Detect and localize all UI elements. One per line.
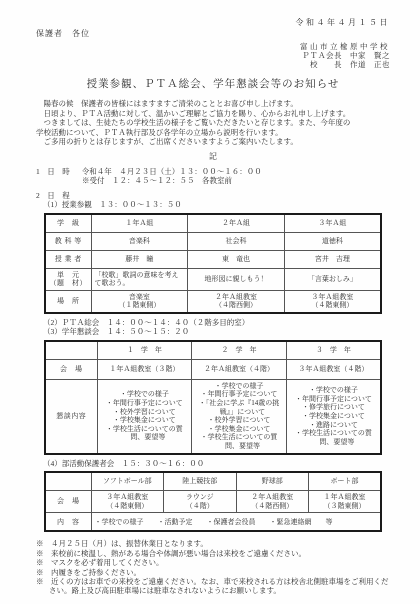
table-cell: 音楽科 (91, 232, 188, 250)
table-cell: 藤井 瞳 (91, 250, 188, 268)
greeting-line: ご多用の折りとは存じますが、ご出席くださいますようご案内いたします。 (36, 137, 390, 147)
table-row: 学 級 １年Ａ組 ２年Ａ組 ３年Ａ組 (45, 214, 381, 233)
table-row: ソフトボール部 陸上競技部 野球部 ボート部 (45, 472, 381, 491)
greeting-line: 陽春の候 保護者の皆様にはますますご清栄のこととお喜び申し上げます。 (36, 99, 390, 109)
column-header: １ 学 年 (97, 341, 192, 360)
column-header: ３ 学 年 (286, 341, 381, 360)
grade-meeting-table: １ 学 年 ２ 学 年 ３ 学 年 会 場 １年Ａ組教室（３階） ２年Ａ組教室（… (44, 340, 382, 455)
topic-item: ・学校生活についての質問、要望等 (290, 429, 377, 446)
club-meeting-table: ソフトボール部 陸上競技部 野球部 ボート部 会 場 ３年Ａ組教室 （４階東側）… (44, 471, 382, 532)
note-item: ※ マスクを必ず着用してください。 (36, 558, 390, 567)
row-label: 内 容 (45, 513, 91, 532)
datetime-line: 1 日 時令和４年 ４月２３日（土）１３：００～１６：００ (36, 167, 390, 177)
table-cell: 宮井 吉理 (284, 250, 381, 268)
table-cell: ２年Ａ組教室 （４階西側） (188, 290, 285, 313)
table-cell: ・学校での様子・年間行事予定について・「社会に学ぶ『14歳の挑戦』」について・校… (192, 379, 287, 453)
row-label: 会 場 (45, 359, 97, 379)
document-page: 令和４年４月１５日 保護者 各位 富山市立楡原中学校 ＰＴＡ会長 中家 賢之 校… (0, 0, 420, 604)
column-header: ２年Ａ組 (188, 214, 285, 233)
topic-item: ・年間行事予定について (101, 399, 189, 408)
table-cell: ３年Ａ組教室（４階） (286, 359, 381, 379)
table-cell: ３年Ａ組教室 （４階東側） (91, 491, 164, 513)
table-cell: ・学校での様子・年間行事予定について・修学旅行について・学校集金について・進路に… (286, 379, 381, 453)
datetime-value: 令和４年 ４月２３日（土）１３：００～１６：００ (82, 167, 262, 176)
table-cell: １年Ａ組教室（３階） (97, 359, 192, 379)
table-row: 授 業 者 藤井 瞳 東 竜也 宮井 吉理 (45, 250, 381, 268)
row-label: 単 元 （題 材） (45, 268, 91, 290)
pta-chair-line: ＰＴＡ会長 中家 賢之 (36, 51, 390, 60)
row-label: 会 場 (45, 491, 91, 513)
table-cell: 地形図に親しもう！ (188, 268, 285, 290)
column-header: ボート部 (309, 472, 382, 491)
topic-item: ・学校生活についての質問、要望等 (195, 433, 283, 450)
greeting-paragraph: 陽春の候 保護者の皆様にはますますご清栄のこととお喜び申し上げます。 日頃より、… (36, 99, 390, 147)
table-cell: ２年Ａ組教室（４階） (192, 359, 287, 379)
record-mark: 記 (36, 152, 390, 161)
topic-item: ・修学旅行について (290, 403, 377, 412)
column-header: ２ 学 年 (192, 341, 287, 360)
table-corner-cell (45, 472, 91, 491)
table-cell: １年Ａ組教室 （３階東側） (309, 491, 382, 513)
row-label: 懇談内容 (45, 379, 97, 453)
topic-item: ・年間行事予定について (195, 390, 283, 399)
document-date: 令和４年４月１５日 (36, 18, 390, 28)
table-cell: 「校歌」歌詞の意味を考えて歌おう。 (91, 268, 188, 290)
column-header: １年Ａ組 (91, 214, 188, 233)
notes-list: ※ ４月２５日（月）は、振替休業日となります。※ 来校前に検温し、熱がある場合や… (36, 539, 390, 595)
program-item-1: （1）授業参観 １３：００～１３：５０ (36, 200, 390, 210)
table-cell: ３年Ａ組教室 （４階東側） (284, 290, 381, 313)
table-row: １ 学 年 ２ 学 年 ３ 学 年 (45, 341, 381, 360)
column-header: ソフトボール部 (91, 472, 164, 491)
program-label: 2 日 程 (36, 191, 390, 201)
column-header: ３年Ａ組 (284, 214, 381, 233)
table-row: 会 場 １年Ａ組教室（３階） ２年Ａ組教室（４階） ３年Ａ組教室（４階） (45, 359, 381, 379)
table-cell: 「言葉おしみ」 (284, 268, 381, 290)
greeting-line: つきましては、生徒たちの学校生活の様子をご覧いただきたいと存じます。また、今年度… (36, 118, 390, 128)
sender-block: 富山市立楡原中学校 ＰＴＡ会長 中家 賢之 校 長 作道 正也 (36, 42, 390, 69)
table-cell: ラウンジ （４階） (164, 491, 237, 513)
column-header: 野球部 (236, 472, 309, 491)
note-item: ※ 内履きをご持参ください。 (36, 568, 390, 577)
row-label: 教 科 等 (45, 232, 91, 250)
note-item: ※ ４月２５日（月）は、振替休業日となります。 (36, 539, 390, 548)
table-cell: ・学校での様子・年間行事予定について・校外学習について・学校集金について・学校生… (97, 379, 192, 453)
program-item-3: （3）学年懇談会 １４：５０～１５：２０ (36, 327, 390, 337)
recipient-line: 保護者 各位 (36, 29, 390, 39)
table-cell: 東 竜也 (188, 250, 285, 268)
topic-item: ・校外学習について (195, 416, 283, 425)
reception-note: ※受付 １２：４５～１２：５５ 各教室前 (36, 176, 390, 186)
topic-item: ・学校集金について (101, 416, 189, 425)
note-item: ※ 来校前に検温し、熱がある場合や体調が悪い場合は来校をご遠慮ください。 (36, 549, 390, 558)
principal-line: 校 長 作道 正也 (36, 60, 390, 69)
column-header: 陸上競技部 (164, 472, 237, 491)
topic-item: ・進路について (290, 421, 377, 430)
table-row: 内 容 ・学校での様子 ・活動予定 ・保護者会役員 ・緊急連絡網 等 (45, 513, 381, 532)
document-title: 授業参観、ＰＴＡ総会、学年懇談会等のお知らせ (36, 78, 390, 91)
note-item: ※ 近くの方はお車での来校をご遠慮ください。なお、車で来校される方は校舎北側駐車… (36, 577, 390, 596)
class-observation-table: 学 級 １年Ａ組 ２年Ａ組 ３年Ａ組 教 科 等 音楽科 社会科 道徳科 授 業… (44, 213, 382, 314)
datetime-label: 1 日 時 (36, 167, 70, 176)
table-corner-cell (45, 341, 97, 360)
table-row: 懇談内容 ・学校での様子・年間行事予定について・校外学習について・学校集金につい… (45, 379, 381, 453)
table-cell: ２年Ａ組教室 （４階西側） (236, 491, 309, 513)
table-cell: ・学校での様子 ・活動予定 ・保護者会役員 ・緊急連絡網 等 (91, 513, 381, 532)
topic-item: ・「社会に学ぶ『14歳の挑戦』」について (195, 399, 283, 416)
greeting-line: 学校活動について、ＰＴＡ執行部及び各学年の立場から説明を行います。 (36, 128, 390, 138)
topic-item: ・学校での様子 (290, 386, 377, 395)
program-item-4: （4）部活動保護者会 １５：３０～１６：００ (36, 459, 390, 469)
table-cell: 社会科 (188, 232, 285, 250)
program-item-2: （2）ＰＴＡ総会 １４：００～１４：４０（２階多目的室） (36, 318, 390, 328)
table-row: 教 科 等 音楽科 社会科 道徳科 (45, 232, 381, 250)
topic-item: ・学校での様子 (101, 390, 189, 399)
topic-item: ・校外学習について (101, 408, 189, 417)
topic-item: ・学校集金について (290, 412, 377, 421)
topic-item: ・学校生活についての質問、要望等 (101, 425, 189, 442)
table-cell: 音楽室 （１階東側） (91, 290, 188, 313)
table-row: 会 場 ３年Ａ組教室 （４階東側） ラウンジ （４階） ２年Ａ組教室 （４階西側… (45, 491, 381, 513)
table-row: 単 元 （題 材） 「校歌」歌詞の意味を考えて歌おう。 地形図に親しもう！ 「言… (45, 268, 381, 290)
school-name: 富山市立楡原中学校 (36, 42, 390, 51)
table-cell: 道徳科 (284, 232, 381, 250)
row-label: 場 所 (45, 290, 91, 313)
table-row: 場 所 音楽室 （１階東側） ２年Ａ組教室 （４階西側） ３年Ａ組教室 （４階東… (45, 290, 381, 313)
row-label: 授 業 者 (45, 250, 91, 268)
row-label: 学 級 (45, 214, 91, 233)
greeting-line: 日頃より、ＰＴＡ活動に対して、温かいご理解とご協力を賜り、心からお礼申し上げます… (36, 109, 390, 119)
